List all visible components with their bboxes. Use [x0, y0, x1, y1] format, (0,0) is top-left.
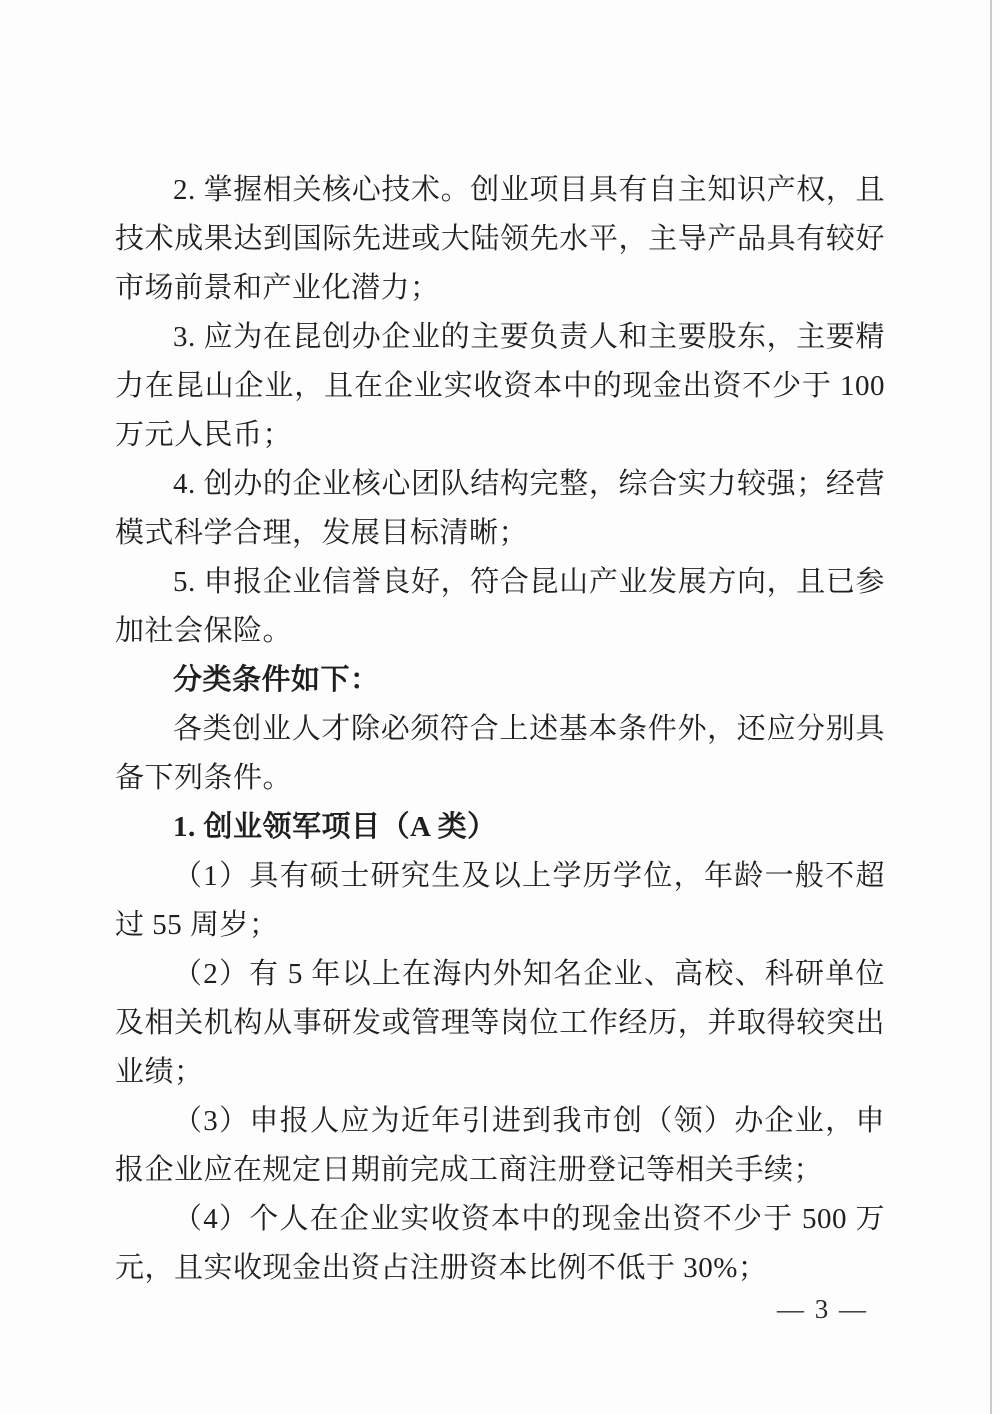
- page-number: — 3 —: [777, 1293, 868, 1325]
- paragraph-item-2: 2. 掌握相关核心技术。创业项目具有自主知识产权，且技术成果达到国际先进或大陆领…: [115, 166, 885, 313]
- paragraph-item-4: 4. 创办的企业核心团队结构完整，综合实力较强；经营模式科学合理，发展目标清晰；: [115, 460, 885, 558]
- paragraph-subitem-3: （3）申报人应为近年引进到我市创（领）办企业，申报企业应在规定日期前完成工商注册…: [115, 1097, 885, 1195]
- section-heading-category-a: 1. 创业领军项目（A 类）: [115, 803, 885, 852]
- paragraph-subitem-2: （2）有 5 年以上在海内外知名企业、高校、科研单位及相关机构从事研发或管理等岗…: [115, 950, 885, 1097]
- paragraph-intro: 各类创业人才除必须符合上述基本条件外，还应分别具备下列条件。: [115, 705, 885, 803]
- paragraph-item-5: 5. 申报企业信誉良好，符合昆山产业发展方向，且已参加社会保险。: [115, 558, 885, 656]
- document-page: 2. 掌握相关核心技术。创业项目具有自主知识产权，且技术成果达到国际先进或大陆领…: [0, 0, 1000, 1414]
- paragraph-subitem-4: （4）个人在企业实收资本中的现金出资不少于 500 万元，且实收现金出资占注册资…: [115, 1195, 885, 1293]
- section-heading-classification: 分类条件如下：: [115, 656, 885, 705]
- paragraph-subitem-1: （1）具有硕士研究生及以上学历学位，年龄一般不超过 55 周岁；: [115, 852, 885, 950]
- document-body: 2. 掌握相关核心技术。创业项目具有自主知识产权，且技术成果达到国际先进或大陆领…: [115, 166, 885, 1293]
- scan-edge-line: [990, 0, 992, 1414]
- paragraph-item-3: 3. 应为在昆创办企业的主要负责人和主要股东，主要精力在昆山企业，且在企业实收资…: [115, 313, 885, 460]
